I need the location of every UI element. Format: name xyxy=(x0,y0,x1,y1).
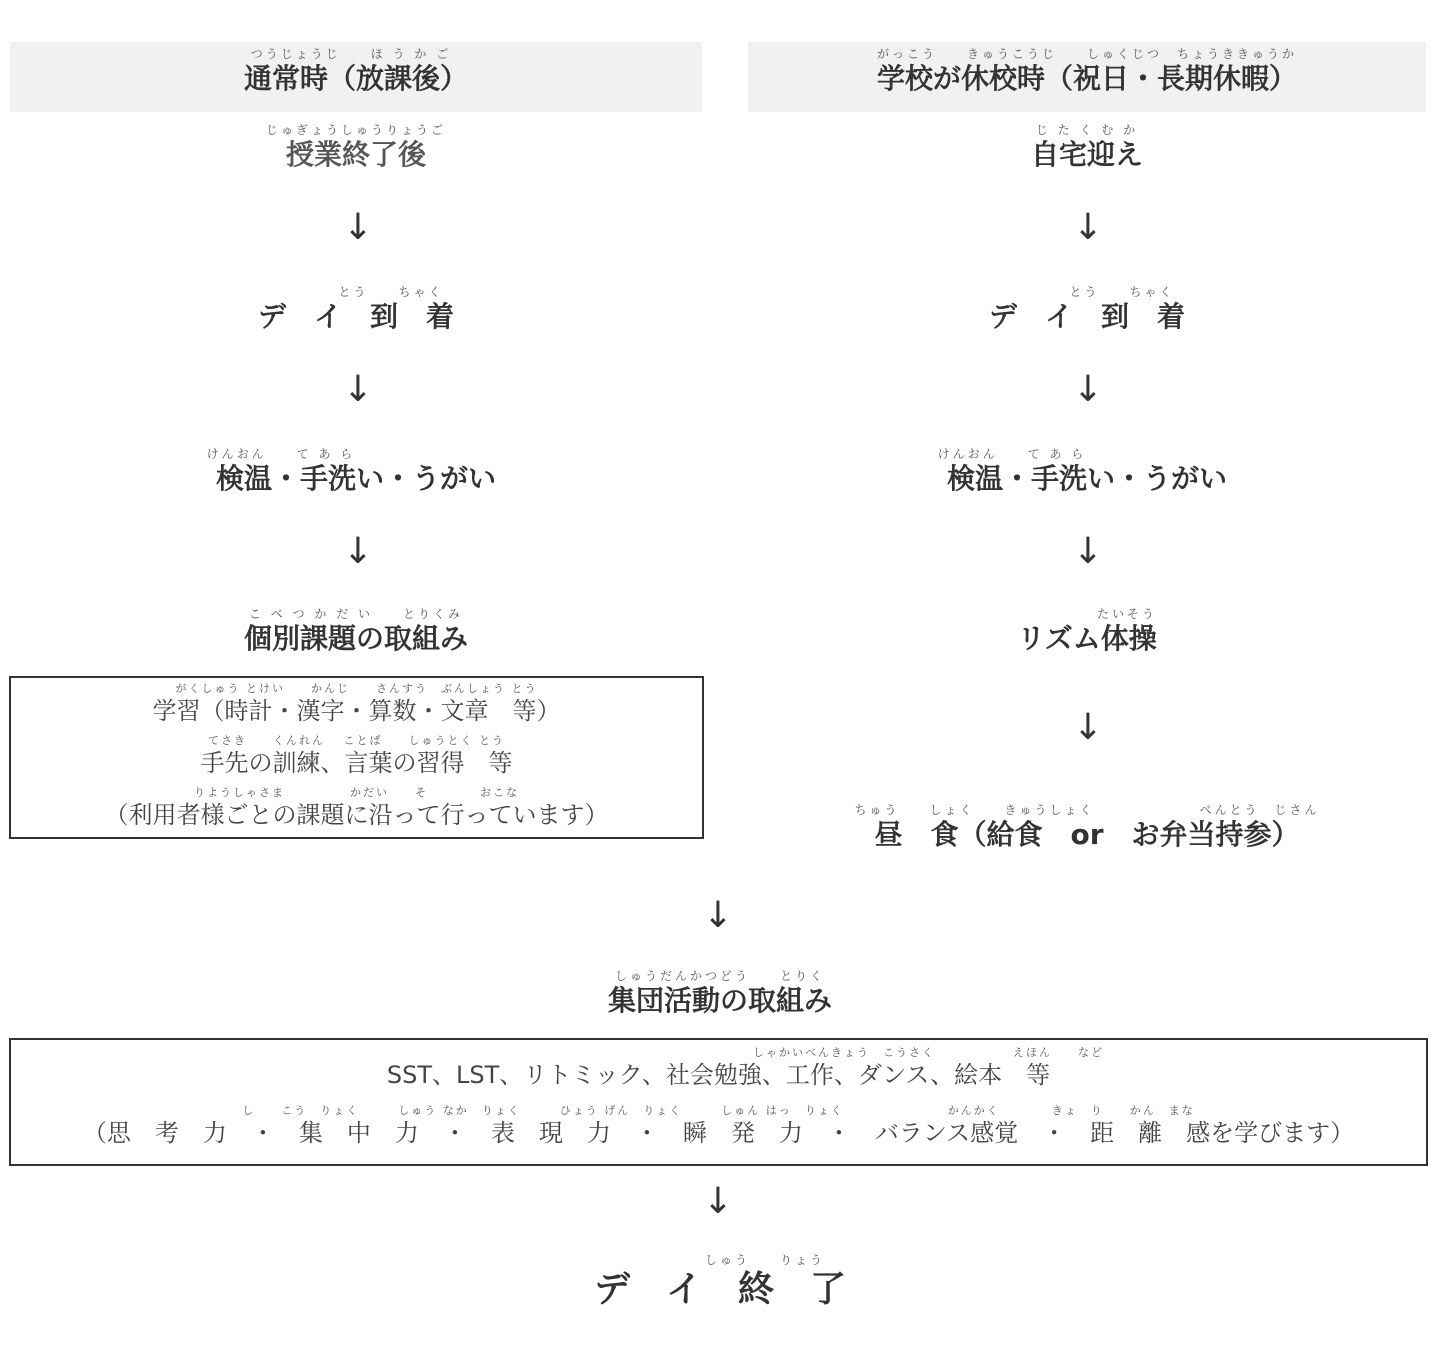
step-label: 授業終了後 xyxy=(10,138,702,172)
right-step-arrival: とう ちゃく デ イ 到 着 xyxy=(748,284,1426,334)
step-ruby: じゅぎょうしゅうりょうご xyxy=(10,122,702,138)
detail-line: しゃかいべんきょう こうさく えほん など SST、LST、リトミック、社会勉強… xyxy=(11,1046,1426,1090)
step-ruby: ちゅう しょく きゅうしょく べんとう じさん xyxy=(748,802,1426,818)
detail-line: りようしゃさま かだい そ おこな （利用者様ごとの課題に沿って行っています） xyxy=(11,786,702,830)
detail-ruby: てさき くんれん ことば しゅうとく とう xyxy=(11,734,702,748)
right-step-hygiene: けんおん て あ ら 検温・手洗い・うがい xyxy=(748,446,1426,496)
detail-text: 手先の訓練、言葉の習得 等 xyxy=(11,748,702,778)
detail-line: がくしゅう とけい かんじ さんすう ぶんしょう とう 学習（時計・漢字・算数・… xyxy=(11,682,702,726)
step-ruby: しゅうだんかつどう とりく xyxy=(0,968,1440,984)
step-label: デ イ 終 了 xyxy=(0,1268,1440,1312)
step-ruby: しゅう りょう xyxy=(0,1252,1440,1268)
detail-ruby: がくしゅう とけい かんじ さんすう ぶんしょう とう xyxy=(11,682,702,696)
arrow-down-icon: ↓ xyxy=(1068,534,1108,570)
group-activity-detail-box: しゃかいべんきょう こうさく えほん など SST、LST、リトミック、社会勉強… xyxy=(9,1038,1428,1166)
left-header: つうじょうじ ほ う か ご 通常時（放課後） xyxy=(10,46,702,96)
step-label: 検温・手洗い・うがい xyxy=(10,462,702,496)
left-step-hygiene: けんおん て あ ら 検温・手洗い・うがい xyxy=(10,446,702,496)
individual-tasks-detail-box: がくしゅう とけい かんじ さんすう ぶんしょう とう 学習（時計・漢字・算数・… xyxy=(9,676,704,839)
step-ruby: こ べ つ か だ い とりくみ xyxy=(10,606,702,622)
detail-text: SST、LST、リトミック、社会勉強、工作、ダンス、絵本 等 xyxy=(11,1060,1426,1090)
detail-ruby: りようしゃさま かだい そ おこな xyxy=(11,786,702,800)
left-header-ruby: つうじょうじ ほ う か ご xyxy=(0,46,702,62)
step-label: リズム体操 xyxy=(748,622,1426,656)
group-activity: しゅうだんかつどう とりく 集団活動の取組み xyxy=(0,968,1440,1018)
step-label: 昼 食（給食 or お弁当持参） xyxy=(748,818,1426,852)
step-ruby: じ た く む か xyxy=(748,122,1426,138)
right-step-lunch: ちゅう しょく きゅうしょく べんとう じさん 昼 食（給食 or お弁当持参） xyxy=(748,802,1426,852)
arrow-down-icon: ↓ xyxy=(338,210,378,246)
detail-text: 学習（時計・漢字・算数・文章 等） xyxy=(11,696,702,726)
day-end: しゅう りょう デ イ 終 了 xyxy=(0,1252,1440,1312)
right-header-ruby: がっこう きゅうこうじ しゅくじつ ちょうききゅうか xyxy=(748,46,1426,62)
detail-text: （思 考 力 ・ 集 中 力 ・ 表 現 力 ・ 瞬 発 力 ・ バランス感覚 … xyxy=(11,1118,1426,1148)
step-label: 検温・手洗い・うがい xyxy=(748,462,1426,496)
step-ruby: とう ちゃく xyxy=(10,284,702,300)
step-label: デ イ 到 着 xyxy=(10,300,702,334)
arrow-down-icon: ↓ xyxy=(1068,710,1108,746)
detail-text: （利用者様ごとの課題に沿って行っています） xyxy=(11,800,702,830)
arrow-down-icon: ↓ xyxy=(338,372,378,408)
detail-line: てさき くんれん ことば しゅうとく とう 手先の訓練、言葉の習得 等 xyxy=(11,734,702,778)
arrow-down-icon: ↓ xyxy=(338,534,378,570)
step-ruby: とう ちゃく xyxy=(748,284,1426,300)
arrow-down-icon: ↓ xyxy=(1068,210,1108,246)
left-header-title: 通常時（放課後） xyxy=(10,62,702,96)
arrow-down-icon: ↓ xyxy=(1068,372,1108,408)
right-step-home-pickup: じ た く む か 自宅迎え xyxy=(748,122,1426,172)
detail-line: し こう りょく しゅう なか りょく ひょう げん りょく しゅん はっ りょ… xyxy=(11,1104,1426,1148)
step-ruby: たいそう xyxy=(748,606,1426,622)
detail-ruby: しゃかいべんきょう こうさく えほん など xyxy=(11,1046,1426,1060)
detail-ruby: し こう りょく しゅう なか りょく ひょう げん りょく しゅん はっ りょ… xyxy=(11,1104,1426,1118)
step-ruby: けんおん て あ ら xyxy=(10,446,702,462)
left-step-individual-tasks: こ べ つ か だ い とりくみ 個別課題の取組み xyxy=(10,606,702,656)
left-step-school-end: じゅぎょうしゅうりょうご 授業終了後 xyxy=(10,122,702,172)
right-header: がっこう きゅうこうじ しゅくじつ ちょうききゅうか 学校が休校時（祝日・長期休… xyxy=(748,46,1426,96)
step-ruby: けんおん て あ ら xyxy=(748,446,1426,462)
step-label: 個別課題の取組み xyxy=(10,622,702,656)
right-step-rhythm-exercise: たいそう リズム体操 xyxy=(748,606,1426,656)
step-label: デ イ 到 着 xyxy=(748,300,1426,334)
arrow-down-icon: ↓ xyxy=(698,1184,738,1220)
arrow-down-icon: ↓ xyxy=(698,898,738,934)
left-step-arrival: とう ちゃく デ イ 到 着 xyxy=(10,284,702,334)
step-label: 自宅迎え xyxy=(748,138,1426,172)
step-label: 集団活動の取組み xyxy=(0,984,1440,1018)
right-header-title: 学校が休校時（祝日・長期休暇） xyxy=(748,62,1426,96)
